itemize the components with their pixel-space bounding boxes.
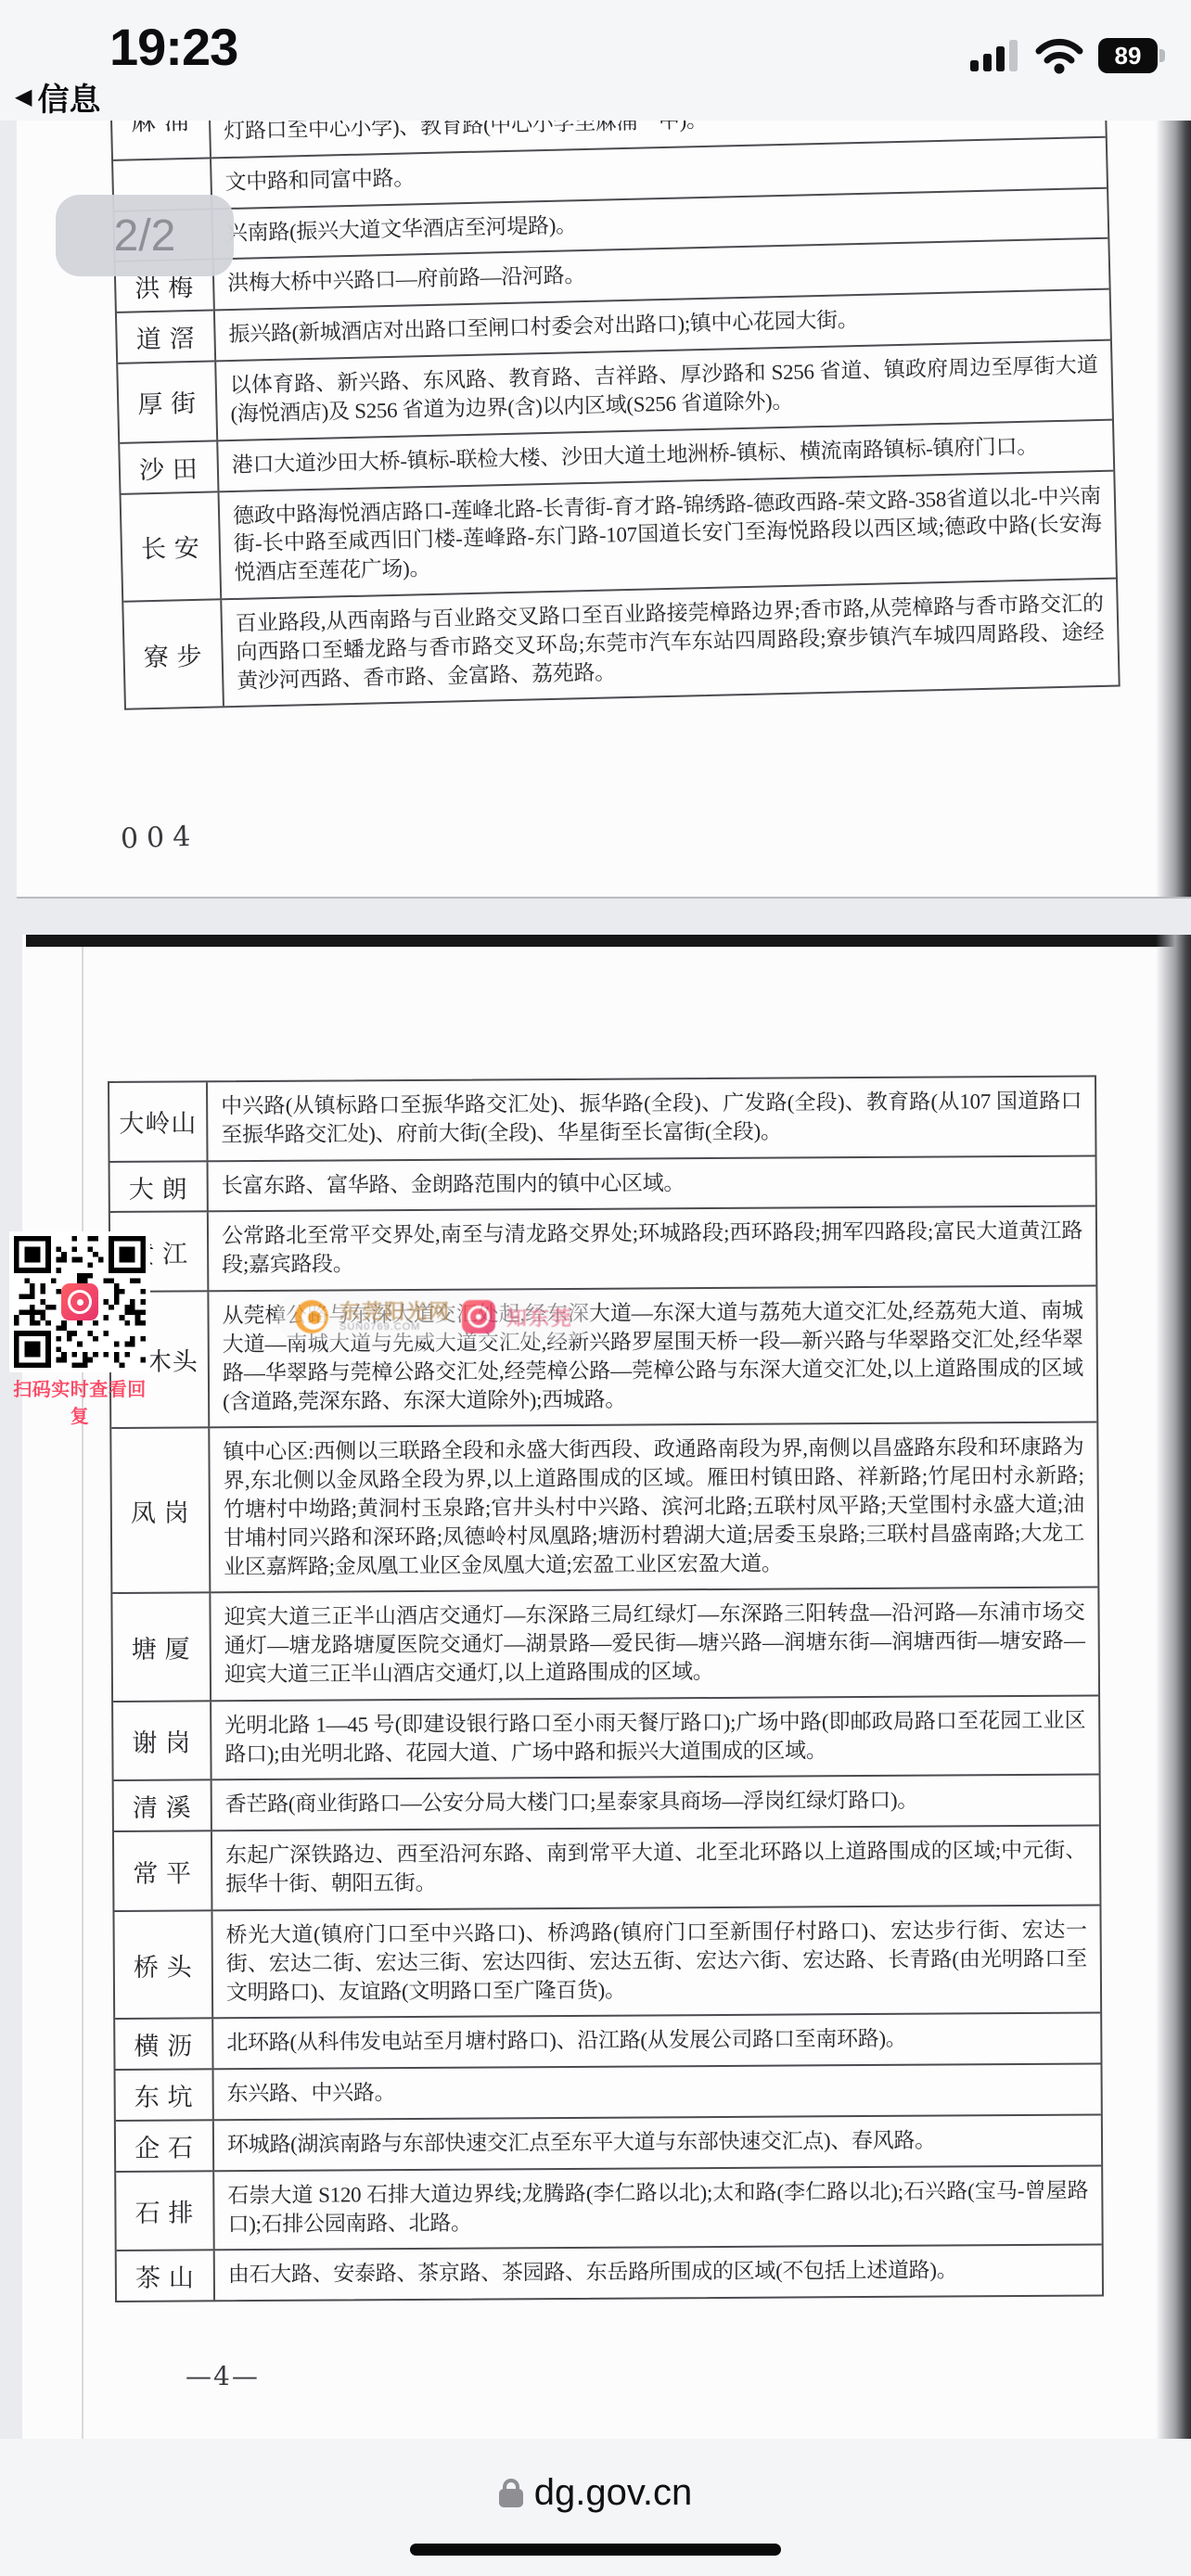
back-to-app-button[interactable]: ◀ 信息 bbox=[15, 74, 100, 120]
watermark-site-sub: SUN0769.COM bbox=[339, 1322, 451, 1333]
status-bar: 19:23 89 bbox=[0, 0, 1191, 121]
row-text: 中兴路(从镇标路口至振华路交汇处)、振华路(全段)、广发路(全段)、教育路(从1… bbox=[208, 1078, 1095, 1160]
qr-code[interactable] bbox=[9, 1231, 150, 1372]
town-name: 石 排 bbox=[116, 2172, 215, 2250]
scanned-page-2: 大岭山中兴路(从镇标路口至振华路交汇处)、振华路(全段)、广发路(全段)、教育路… bbox=[22, 935, 1191, 2446]
lock-icon bbox=[499, 2479, 523, 2508]
row-text: 北环路(从科伟发电站至月塘村路口)、沿江路(从发展公司路口至南环路)。 bbox=[213, 2014, 1100, 2069]
town-name: 茶 山 bbox=[117, 2251, 215, 2301]
table-row: 石 排石崇大道 S120 石排大道边界线;龙腾路(李仁路以北);太和路(李仁路以… bbox=[116, 2166, 1102, 2251]
page2-fold-crease bbox=[82, 947, 83, 2446]
town-name: 清 溪 bbox=[114, 1781, 212, 1830]
row-text: 由石大路、安泰路、茶京路、茶园路、东岳路所围成的区域(不包括上述道路)。 bbox=[215, 2246, 1102, 2301]
town-name: 桥 头 bbox=[114, 1911, 213, 2018]
row-text: 东起广深铁路边、西至沿河东路、南到常平大道、北至北环路以上道路围成的区域;中元街… bbox=[212, 1827, 1099, 1909]
qr-center-app-logo bbox=[61, 1283, 98, 1320]
table-row: 桥 头桥光大道(镇府门口至中兴路口)、桥鸿路(镇府门口至新围仔村路口)、宏达步行… bbox=[114, 1906, 1100, 2020]
back-arrow-icon: ◀ bbox=[15, 83, 32, 110]
page2-number-stamp: —4— bbox=[186, 2361, 260, 2391]
media-watermark: 东莞阳光网 SUN0769.COM 知东莞 bbox=[276, 1293, 592, 1341]
town-name: 凤 岗 bbox=[111, 1429, 211, 1593]
table-row: 清 溪香芒路(商业街路口—公安分局大楼门口;星泰家具商场—浮岗红绿灯路口)。 bbox=[114, 1776, 1099, 1832]
row-text: 公常路北至常平交界处,南至与清龙路交界处;环城路段;西环路段;拥军四路段;富民大… bbox=[209, 1207, 1095, 1290]
row-text: 德政中路海悦酒店路口-莲峰北路-长青街-育才路-锦绣路-德政西路-荣文路-358… bbox=[220, 471, 1116, 598]
qr-caption: 扫码实时查看回复 bbox=[6, 1374, 154, 1428]
town-name: 企 石 bbox=[116, 2121, 214, 2170]
row-text: 长富东路、富华路、金朗路范围内的镇中心区域。 bbox=[209, 1156, 1095, 1211]
table-row: 谢 岗光明北路 1—45 号(即建设银行路口至小雨天餐厅路口);广场中路(即邮政… bbox=[113, 1696, 1099, 1781]
status-time: 19:23 bbox=[109, 17, 237, 77]
zhidongguan-app-logo-icon bbox=[462, 1300, 495, 1333]
town-name: 东 坑 bbox=[116, 2070, 214, 2119]
row-text: 百业路段,从西南路与百业路交叉路口至百业路接莞樟路边界;香市路,从莞樟路与香市路… bbox=[222, 580, 1118, 707]
page2-scan-top-edge bbox=[26, 935, 1176, 947]
town-name: 沙 田 bbox=[120, 441, 219, 492]
table-row: 常 平东起广深铁路边、西至沿河东路、南到常平大道、北至北环路以上道路围成的区域;… bbox=[114, 1827, 1100, 1912]
battery-tip bbox=[1159, 49, 1165, 62]
town-name: 大 朗 bbox=[110, 1162, 209, 1211]
status-icons: 89 bbox=[970, 37, 1167, 74]
row-text: 桥光大道(镇府门口至中兴路口)、桥鸿路(镇府门口至新围仔村路口)、宏达步行街、宏… bbox=[212, 1906, 1100, 2017]
row-text: 镇中心区:西侧以三联路全段和永盛大街西段、政通路南段为界,南侧以昌盛路东段和环康… bbox=[210, 1423, 1097, 1592]
town-name: 横 沥 bbox=[115, 2020, 213, 2069]
town-name: 长 安 bbox=[122, 492, 223, 601]
table-row: 寮 步百业路段,从西南路与百业路交叉路口至百业路接莞樟路边界;香市路,从莞樟路与… bbox=[123, 580, 1118, 709]
town-name: 谢 岗 bbox=[113, 1702, 212, 1779]
watermark-app-name: 知东莞 bbox=[506, 1303, 573, 1332]
row-text: 环城路(湖滨南路与东部快速交汇点至东平大道与东部快速交汇点)、春风路。 bbox=[214, 2115, 1101, 2170]
town-name: 塘 厦 bbox=[112, 1594, 211, 1701]
table-row: 大 朗长富东路、富华路、金朗路范围内的镇中心区域。 bbox=[110, 1156, 1095, 1213]
sunshine-site-logo-icon bbox=[295, 1300, 328, 1333]
document-viewer[interactable]: 麻 涌灯路口至中心小学)、教育路(中心小学至麻涌一中)。文中路和同富中路。兴南路… bbox=[0, 121, 1191, 2439]
page1-number-stamp: 004 bbox=[120, 821, 198, 856]
page1-table: 麻 涌灯路口至中心小学)、教育路(中心小学至麻涌一中)。文中路和同富中路。兴南路… bbox=[109, 113, 1121, 710]
back-app-label: 信息 bbox=[37, 74, 100, 120]
browser-bottom-bar: dg.gov.cn bbox=[0, 2439, 1191, 2576]
row-text: 香芒路(商业街路口—公安分局大楼门口;星泰家具商场—浮岗红绿灯路口)。 bbox=[212, 1776, 1099, 1830]
url-button[interactable]: dg.gov.cn bbox=[0, 2472, 1191, 2514]
battery-icon: 89 bbox=[1098, 38, 1167, 73]
table-row: 大岭山中兴路(从镇标路口至振华路交汇处)、振华路(全段)、广发路(全段)、教育路… bbox=[109, 1078, 1095, 1163]
cellular-signal-icon bbox=[970, 38, 1020, 73]
row-text: 东兴路、中兴路。 bbox=[214, 2065, 1101, 2120]
table-row: 茶 山由石大路、安泰路、茶京路、茶园路、东岳路所围成的区域(不包括上述道路)。 bbox=[117, 2246, 1102, 2301]
watermark-site-name: 东莞阳光网 bbox=[339, 1301, 451, 1322]
town-name: 厚 街 bbox=[118, 362, 218, 441]
table-row: 塘 厦迎宾大道三正半山酒店交通灯—东深路三局红绿灯—东深路三阳转盘—沿河路—东浦… bbox=[112, 1588, 1098, 1702]
page1-scan-edge bbox=[1156, 113, 1191, 897]
battery-percent: 89 bbox=[1115, 42, 1142, 70]
table-row: 樟木头从莞樟公路与东深大道交汇处起,经东深大道—东深大道与荔苑大道交汇处,经荔苑… bbox=[110, 1287, 1096, 1430]
page-indicator-badge: 2/2 bbox=[56, 195, 234, 276]
page2-scan-edge bbox=[1156, 935, 1191, 2446]
town-name: 寮 步 bbox=[123, 600, 224, 708]
table-row: 东 坑东兴路、中兴路。 bbox=[116, 2065, 1101, 2122]
page2-table: 大岭山中兴路(从镇标路口至振华路交汇处)、振华路(全段)、广发路(全段)、教育路… bbox=[108, 1075, 1104, 2302]
table-row: 黄 江公常路北至常平交界处,南至与清龙路交界处;环城路段;西环路段;拥军四路段;… bbox=[110, 1207, 1096, 1293]
town-name: 常 平 bbox=[114, 1832, 213, 1910]
table-row: 横 沥北环路(从科伟发电站至月塘村路口)、沿江路(从发展公司路口至南环路)。 bbox=[115, 2014, 1100, 2071]
town-name: 道 滘 bbox=[117, 312, 216, 363]
row-text: 迎宾大道三正半山酒店交通灯—东深路三局红绿灯—东深路三阳转盘—沿河路—东浦市场交… bbox=[211, 1588, 1098, 1700]
table-row: 凤 岗镇中心区:西侧以三联路全段和永盛大街西段、政通路南段为界,南侧以昌盛路东段… bbox=[111, 1423, 1097, 1595]
site-url: dg.gov.cn bbox=[534, 2472, 693, 2514]
home-indicator[interactable] bbox=[410, 2544, 781, 2556]
wifi-icon bbox=[1033, 37, 1085, 74]
row-text: 光明北路 1—45 号(即建设银行路口至小雨天餐厅路口);广场中路(即邮政局路口… bbox=[211, 1696, 1098, 1779]
town-name: 大岭山 bbox=[109, 1082, 209, 1160]
screen: 19:23 89 ◀ 信息 麻 涌灯路口至中心 bbox=[0, 0, 1191, 2576]
table-row: 企 石环城路(湖滨南路与东部快速交汇点至东平大道与东部快速交汇点)、春风路。 bbox=[116, 2115, 1101, 2172]
row-text: 石崇大道 S120 石排大道边界线;龙腾路(李仁路以北);太和路(李仁路以北);… bbox=[214, 2166, 1101, 2249]
